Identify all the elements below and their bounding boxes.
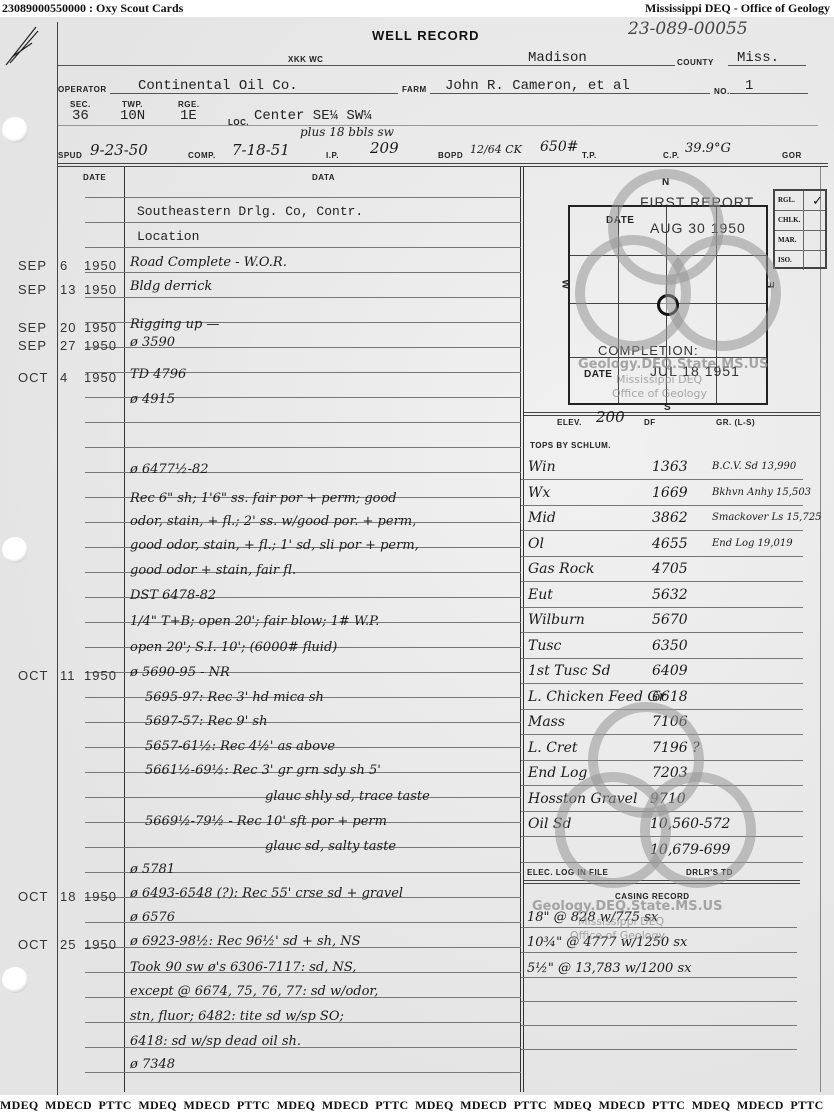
entry-text: glauc sd, salty taste	[265, 839, 396, 854]
watermark-text: Office of Geology	[612, 387, 707, 400]
entry-month: OCT	[18, 668, 48, 683]
operator-label: OPERATOR	[58, 85, 107, 94]
watermark-logo	[665, 235, 781, 351]
tp-label: T.P.	[582, 151, 597, 160]
watermark-text: Mississippi DEQ	[578, 915, 664, 928]
entry-day: 4	[60, 370, 68, 385]
rule-line	[85, 297, 521, 298]
entry-text: stn, fluor; 6482: tite sd w/sp SO;	[130, 1009, 344, 1024]
entry-text: Rec 6" sh; 1'6" ss. fair por + perm; goo…	[130, 491, 397, 506]
watermark-text: Mississippi DEQ	[616, 373, 702, 386]
tp-value: 650#	[540, 139, 578, 155]
formation-name: Ol	[528, 536, 544, 552]
field-underline	[58, 65, 528, 66]
spud-value: 9-23-50	[90, 141, 148, 159]
entry-text: 6418: sd w/sp dead oil sh.	[130, 1034, 301, 1049]
formation-note: Smackover Ls 15,725	[712, 512, 821, 523]
rule-line	[85, 247, 521, 248]
entry-text: Rigging up —	[130, 317, 219, 332]
date-header: DATE	[83, 173, 106, 182]
entry-year: 1950	[84, 338, 117, 353]
entry-text: open 20'; S.I. 10'; (6000# fluid)	[130, 640, 337, 655]
formation-depth: 4655	[652, 536, 688, 552]
entry-text: ø 5690-95 - NR	[130, 665, 230, 680]
casing-divider	[524, 880, 800, 881]
formation-depth: 6350	[652, 638, 688, 654]
well-record-card: WELL RECORD 23-089-00055 XKK WC Madison …	[0, 17, 834, 1095]
df-label: DF	[644, 418, 656, 427]
binder-hole	[2, 967, 28, 993]
entry-year: 1950	[84, 258, 117, 273]
entry-year: 1950	[84, 889, 117, 904]
formation-name: 1st Tusc Sd	[528, 663, 611, 679]
tops-label: TOPS BY SCHLUM.	[530, 441, 611, 450]
entry-month: OCT	[18, 937, 48, 952]
checklist-box: RGL.✓ CHLK. MAR. ISO.	[773, 189, 827, 269]
checklist-row: MAR.	[775, 231, 825, 251]
check-icon: ✓	[812, 191, 823, 210]
entry-text: 1/4" T+B; open 20'; fair blow; 1# W.P.	[130, 614, 379, 629]
data-header: DATA	[312, 173, 335, 182]
comp-label: COMP.	[188, 151, 216, 160]
farm-value: John R. Cameron, et al	[445, 78, 630, 94]
binder-hole	[2, 117, 28, 143]
gor-label: GOR	[782, 151, 802, 160]
rule-line	[521, 658, 803, 659]
entry-text: TD 4796	[130, 367, 186, 382]
operator-value: Continental Oil Co.	[138, 78, 298, 94]
rule-line	[521, 505, 803, 506]
entry-year: 1950	[84, 370, 117, 385]
entry-day: 18	[60, 889, 76, 904]
api-number: 23-089-00055	[628, 19, 748, 39]
watermark-text: Geology.DEQ.State.MS.US	[578, 357, 768, 372]
elev-divider	[524, 412, 820, 413]
loc-value: Center SE¼ SW¼	[254, 108, 372, 124]
elev-label: ELEV.	[557, 418, 582, 427]
data-column-line	[520, 167, 521, 1092]
state-underline	[728, 65, 806, 66]
farm-underline	[430, 93, 710, 94]
rule-line	[521, 683, 803, 684]
formation-depth: 5670	[652, 612, 688, 628]
formation-depth: 1669	[652, 485, 688, 501]
formation-note: Bkhvn Anhy 15,503	[712, 487, 811, 498]
rule-line	[521, 581, 803, 582]
footer-repeat: MDEQ MDECD PTTC MDEQ MDECD PTTC MDEQ MDE…	[0, 1096, 834, 1115]
page-title: WELL RECORD	[372, 28, 480, 43]
checklist-row: RGL.✓	[775, 191, 825, 211]
county-label: COUNTY	[677, 58, 714, 67]
paperclip-icon	[2, 21, 42, 71]
ip-value: 209	[370, 139, 399, 157]
county-underline	[510, 65, 675, 66]
no-underline	[730, 93, 808, 94]
entry-text: good odor, stain, + fl.; 1' sd, sli por …	[130, 538, 419, 553]
rule-line	[521, 530, 803, 531]
location-text: Location	[137, 229, 199, 244]
formation-name: Eut	[528, 587, 553, 603]
formation-name: Mass	[528, 714, 565, 730]
entry-text: good odor + stain, fair fl.	[130, 563, 296, 578]
watermark-text: Geology.DEQ.State.MS.US	[532, 899, 722, 914]
entry-text: 5661½-69½: Rec 3' gr grn sdy sh 5'	[145, 763, 381, 778]
rule-line	[85, 1072, 521, 1073]
formation-name: Win	[528, 459, 556, 475]
entry-day: 13	[60, 282, 76, 297]
rule-line	[521, 607, 803, 608]
rule-line	[85, 222, 521, 223]
county-value: Madison	[528, 50, 587, 66]
entry-text: 5669½-79½ - Rec 10' sft por + perm	[145, 814, 387, 829]
entry-text: 5695-97: Rec 3' hd mica sh	[145, 690, 324, 705]
watermark-logo	[640, 772, 756, 888]
entry-text: ø 4915	[130, 392, 175, 407]
rge-value: 1E	[180, 108, 197, 124]
entry-text: DST 6478-82	[130, 588, 216, 603]
operator-underline	[110, 93, 398, 94]
entry-text: ø 6923-98½: Rec 96½' sd + sh, NS	[130, 934, 361, 949]
formation-name: Tusc	[528, 638, 561, 654]
entry-year: 1950	[84, 282, 117, 297]
entry-month: SEP	[18, 258, 47, 273]
entry-text: ø 6576	[130, 910, 175, 925]
entry-month: SEP	[18, 282, 47, 297]
entry-day: 27	[60, 338, 76, 353]
entry-year: 1950	[84, 320, 117, 335]
cp-label: C.P.	[663, 151, 680, 160]
rule-line	[85, 272, 521, 273]
formation-depth: 3862	[652, 510, 688, 526]
formation-depth: 6618	[652, 689, 688, 705]
formation-name: L. Cret	[528, 740, 578, 756]
entry-text: ø 6493-6548 (?): Rec 55' crse sd + grave…	[130, 886, 403, 901]
header-divider	[58, 166, 828, 167]
document-id: 23089000550000 : Oxy Scout Cards	[2, 0, 183, 16]
formation-name: End Log	[528, 765, 587, 781]
elev-divider	[524, 415, 820, 416]
no-label: NO.	[714, 87, 730, 96]
bopd-value: 12/64 CK	[470, 143, 522, 156]
right-edge-line	[820, 167, 821, 1092]
entry-day: 20	[60, 320, 76, 335]
formation-name: Mid	[528, 510, 556, 526]
casing-divider	[524, 883, 800, 884]
formation-name: Gas Rock	[528, 561, 594, 577]
formation-name: Wx	[528, 485, 550, 501]
margin-line	[57, 22, 58, 1095]
entry-month: OCT	[18, 370, 48, 385]
entry-day: 25	[60, 937, 76, 952]
formation-name: Wilburn	[528, 612, 585, 628]
entry-text: 5657-61½: Rec 4½' as above	[145, 739, 335, 754]
entry-text: odor, stain, + fl.; 2' ss. w/good por. +…	[130, 514, 416, 529]
rule-line	[521, 632, 803, 633]
formation-depth: 4705	[652, 561, 688, 577]
rule-line	[521, 556, 803, 557]
entry-text: ø 7348	[130, 1057, 175, 1072]
contractor-text: Southeastern Drlg. Co, Contr.	[137, 204, 363, 219]
entry-text: glauc shly sd, trace taste	[265, 789, 430, 804]
rule-line	[85, 447, 521, 448]
checklist-row: ISO.	[775, 251, 825, 270]
checklist-row: CHLK.	[775, 211, 825, 231]
rule-line	[85, 422, 521, 423]
cp-value: 39.9°G	[685, 141, 731, 156]
farm-label: FARM	[402, 85, 427, 94]
casing-item: 5½" @ 13,783 w/1200 sx	[527, 961, 691, 976]
state-value: Miss.	[737, 50, 779, 66]
data-column-line	[523, 167, 524, 1092]
field-class: XKK WC	[288, 55, 323, 64]
header-divider	[58, 163, 828, 164]
entry-day: 6	[60, 258, 68, 273]
row-divider	[58, 125, 818, 126]
date-column-line	[124, 167, 125, 1092]
entry-year: 1950	[84, 668, 117, 683]
entry-text: ø 3590	[130, 335, 175, 350]
watermark-text: Office of Geology	[570, 929, 665, 942]
entry-month: OCT	[18, 889, 48, 904]
rule-line	[521, 479, 803, 480]
entry-text: ø 5781	[130, 862, 175, 877]
formation-note: B.C.V. Sd 13,990	[712, 461, 796, 472]
entry-year: 1950	[84, 937, 117, 952]
formation-note: End Log 19,019	[712, 538, 793, 549]
entry-month: SEP	[18, 338, 47, 353]
entry-text: Took 90 sw ø's 6306-7117: sd, NS,	[130, 960, 356, 975]
rule-line	[85, 197, 521, 198]
binder-hole	[2, 537, 28, 563]
formation-depth: 1363	[652, 459, 688, 475]
agency-name: Mississippi DEQ - Office of Geology	[645, 0, 830, 16]
well-no-value: 1	[745, 78, 753, 94]
elev-value: 200	[596, 408, 625, 426]
gr-label: GR. (L-S)	[716, 418, 755, 427]
entry-text: Road Complete - W.O.R.	[130, 255, 287, 270]
bopd-label: BOPD	[438, 151, 463, 160]
twp-value: 10N	[120, 108, 145, 124]
formation-depth: 6409	[652, 663, 688, 679]
entry-text: 5697-57: Rec 9' sh	[145, 714, 267, 729]
ip-label: I.P.	[326, 151, 339, 160]
entry-day: 11	[60, 668, 76, 683]
sec-value: 36	[72, 108, 89, 124]
ip-note: plus 18 bbls sw	[300, 125, 394, 139]
formation-depth: 5632	[652, 587, 688, 603]
entry-month: SEP	[18, 320, 47, 335]
document-header: 23089000550000 : Oxy Scout Cards Mississ…	[0, 0, 834, 16]
spud-label: SPUD	[58, 151, 82, 160]
comp-value: 7-18-51	[232, 141, 290, 159]
entry-text: ø 6477½-82	[130, 462, 209, 477]
entry-text: Bldg derrick	[130, 279, 212, 294]
entry-text: except @ 6674, 75, 76, 77: sd w/odor,	[130, 984, 378, 999]
